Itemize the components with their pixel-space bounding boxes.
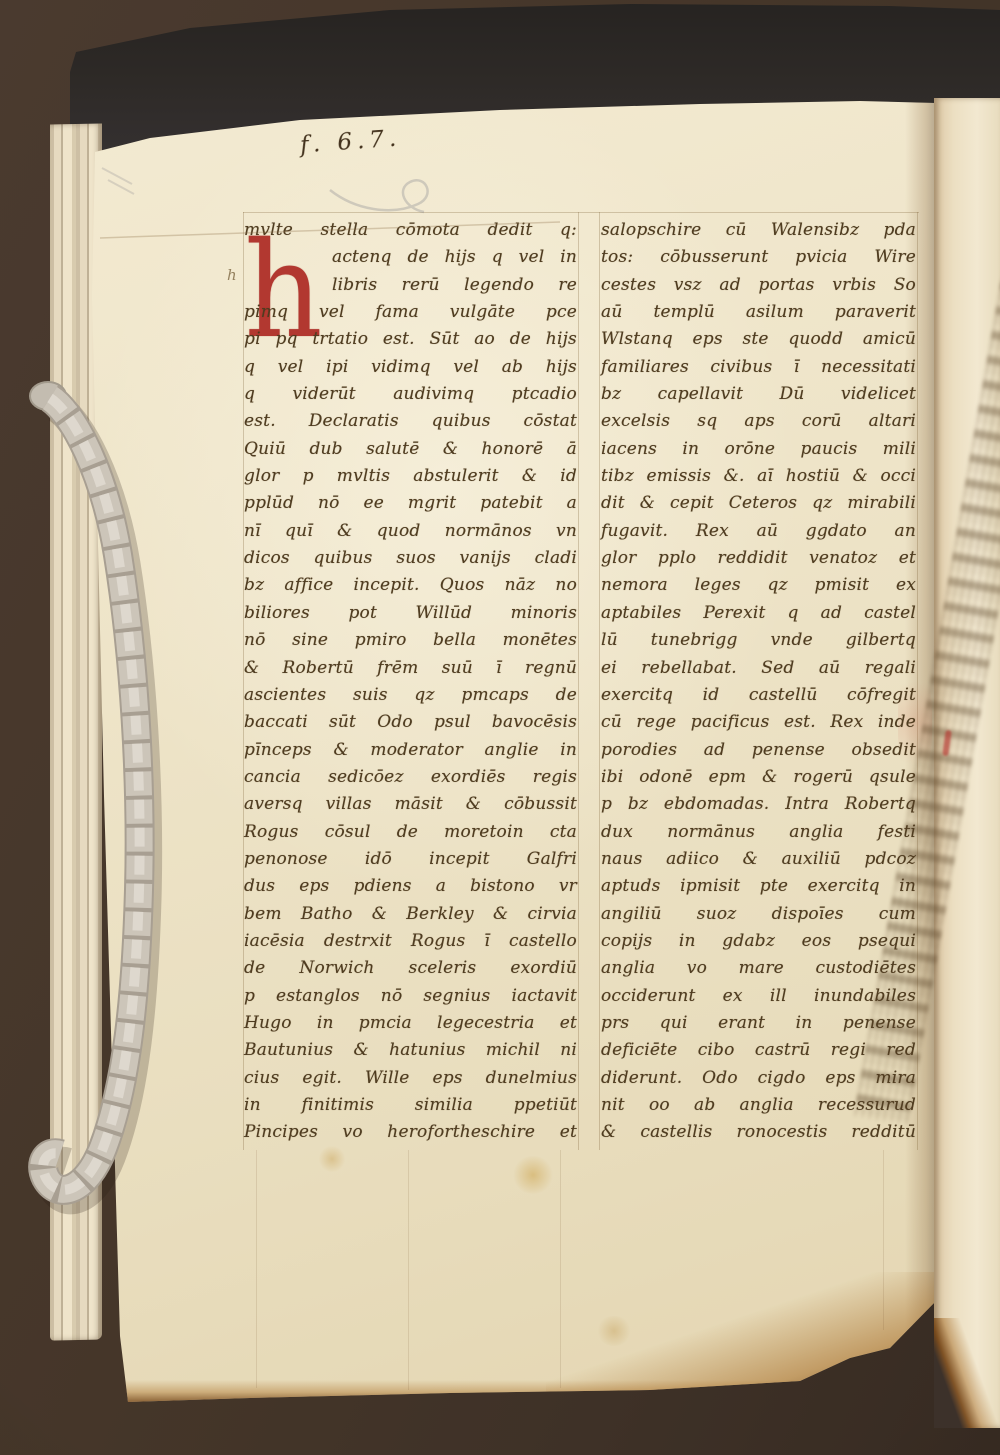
manuscript-text-line: bem Batho & Berkley & cirvia <box>244 901 577 928</box>
manuscript-text-line: tos: cōbusserunt pvicia Wire <box>601 244 916 271</box>
manuscript-text-line: penonose idō incepit Galfri <box>244 846 577 873</box>
manuscript-text-line: baccati sūt Odo psul bavocēsis <box>244 709 577 736</box>
manuscript-text-line: nō sine pmiro bella monētes <box>244 627 577 654</box>
manuscript-text-line: pplūd nō ee mgrit patebit a <box>244 490 577 517</box>
manuscript-text-line: dus eps pdiens a bistono vr <box>244 873 577 900</box>
manuscript-text-line: aptuds ipmisit pte exercitq in <box>601 873 916 900</box>
manuscript-text-line: lū tunebrigg vnde gilbertq <box>601 627 916 654</box>
manuscript-text-line: porodies ad penense obsedit <box>601 737 916 764</box>
ruling-line-top <box>243 212 919 213</box>
manuscript-text-line: q vel ipi vidimq vel ab hijs <box>244 354 577 381</box>
manuscript-text-line: familiares civibus ī necessitati <box>601 354 916 381</box>
manuscript-text-line: est. Declaratis quibus cōstat <box>244 408 577 435</box>
manuscript-text-line: pīnceps & moderator anglie in <box>244 737 577 764</box>
text-column-right: salopschire cū Walensibz pdatos: cōbusse… <box>601 217 916 1147</box>
manuscript-text-line: occiderunt ex ill inundabiles <box>601 983 916 1010</box>
parchment-crease <box>883 1150 884 1330</box>
manuscript-text-line: salopschire cū Walensibz pda <box>601 217 916 244</box>
manuscript-text-line: & castellis ronocestis redditū <box>601 1119 916 1146</box>
manuscript-text-line: libris rerū legendo re <box>332 272 577 299</box>
guide-letter: h <box>227 266 237 284</box>
manuscript-text-line: de Norwich sceleris exordiū <box>244 955 577 982</box>
manuscript-text-line: glor pplo reddidit venatoz et <box>601 545 916 572</box>
manuscript-text-line: bz capellavit Dū videlicet <box>601 381 916 408</box>
parchment-crease <box>256 1150 257 1388</box>
manuscript-text-line: p estanglos nō segnius iactavit <box>244 983 577 1010</box>
manuscript-text-line: glor p mvltis abstulerit & id <box>244 463 577 490</box>
manuscript-text-line: cius egit. Wille eps dunelmius <box>244 1065 577 1092</box>
ruling-line-right-column-left <box>599 212 600 1150</box>
ruling-line-left-column-right <box>578 212 579 1150</box>
manuscript-text-line: naus adiico & auxiliū pdcoz <box>601 846 916 873</box>
manuscript-text-line: dicos quibus suos vanijs cladi <box>244 545 577 572</box>
manuscript-text-line: cancia sedicōez exordiēs regis <box>244 764 577 791</box>
manuscript-text-line: dit & cepit Ceteros qz mirabili <box>601 490 916 517</box>
manuscript-text-line: Bautunius & hatunius michil ni <box>244 1037 577 1064</box>
manuscript-text-line: ascientes suis qz pmcaps de <box>244 682 577 709</box>
text-column-left: mvlte stella cōmota dedit q:actenq de hi… <box>244 217 577 1147</box>
manuscript-photograph: f. 6.7. h h mvlte stella cōmota dedit q:… <box>0 0 1000 1455</box>
manuscript-text-line: nī quī & quod normānos vn <box>244 518 577 545</box>
manuscript-text-line: pi pq trtatio est. Sūt ao de hijs <box>244 326 577 353</box>
manuscript-text-line: iacens in orōne paucis mili <box>601 436 916 463</box>
burn-mark-bottom-edge <box>90 1380 935 1402</box>
manuscript-text-line: actenq de hijs q vel in <box>332 244 577 271</box>
manuscript-text-line: aptabiles Perexit q ad castel <box>601 600 916 627</box>
manuscript-text-line: tibz emissis &. aī hostiū & occi <box>601 463 916 490</box>
manuscript-text-line: copijs in gdabz eos psequi <box>601 928 916 955</box>
manuscript-text-line: cū rege pacificus est. Rex inde <box>601 709 916 736</box>
manuscript-text-line: excelsis sq aps corū altari <box>601 408 916 435</box>
manuscript-text-line: Quiū dub salutē & honorē ā <box>244 436 577 463</box>
manuscript-text-line: mvlte stella cōmota dedit q: <box>244 217 577 244</box>
manuscript-text-line: angiliū suoz dispoīes cum <box>601 901 916 928</box>
facing-page-edge <box>934 98 1000 1428</box>
manuscript-text-line: Wlstanq eps ste quodd amicū <box>601 326 916 353</box>
parchment-crease <box>560 1150 561 1388</box>
manuscript-text-line: Hugo in pmcia legecestria et <box>244 1010 577 1037</box>
manuscript-text-line: biliores pot Willūd minoris <box>244 600 577 627</box>
manuscript-text-line: aversq villas māsit & cōbussit <box>244 791 577 818</box>
manuscript-text-line: nemora leges qz pmisit ex <box>601 572 916 599</box>
parchment-crease <box>408 1150 409 1390</box>
manuscript-text-line: Pincipes vo herofortheschire et <box>244 1119 577 1146</box>
manuscript-text-line: cestes vsz ad portas vrbis So <box>601 272 916 299</box>
manuscript-text-line: aū templū asilum paraverit <box>601 299 916 326</box>
manuscript-text-line: q viderūt audivimq ptcadio <box>244 381 577 408</box>
manuscript-text-line: in finitimis similia ppetiūt <box>244 1092 577 1119</box>
manuscript-text-line: anglia vo mare custodiētes <box>601 955 916 982</box>
manuscript-text-line: dux normānus anglia festi <box>601 819 916 846</box>
manuscript-text-line: ei rebellabat. Sed aū regali <box>601 655 916 682</box>
manuscript-text-line: & Robertū frēm suū ī regnū <box>244 655 577 682</box>
burn-mark-facing-page <box>934 1318 1000 1428</box>
manuscript-text-line: bz affice incepit. Quos nāz no <box>244 572 577 599</box>
manuscript-text-line: fugavit. Rex aū ggdato an <box>601 518 916 545</box>
manuscript-text-line: Rogus cōsul de moretoin cta <box>244 819 577 846</box>
manuscript-text-line: iacēsia destrxit Rogus ī castello <box>244 928 577 955</box>
manuscript-text-line: p bz ebdomadas. Intra Robertq <box>601 791 916 818</box>
manuscript-text-line: ibi odonē epm & rogerū qsule <box>601 764 916 791</box>
manuscript-text-line: pimq vel fama vulgāte pce <box>244 299 577 326</box>
manuscript-text-line: exercitq id castellū cōfregit <box>601 682 916 709</box>
